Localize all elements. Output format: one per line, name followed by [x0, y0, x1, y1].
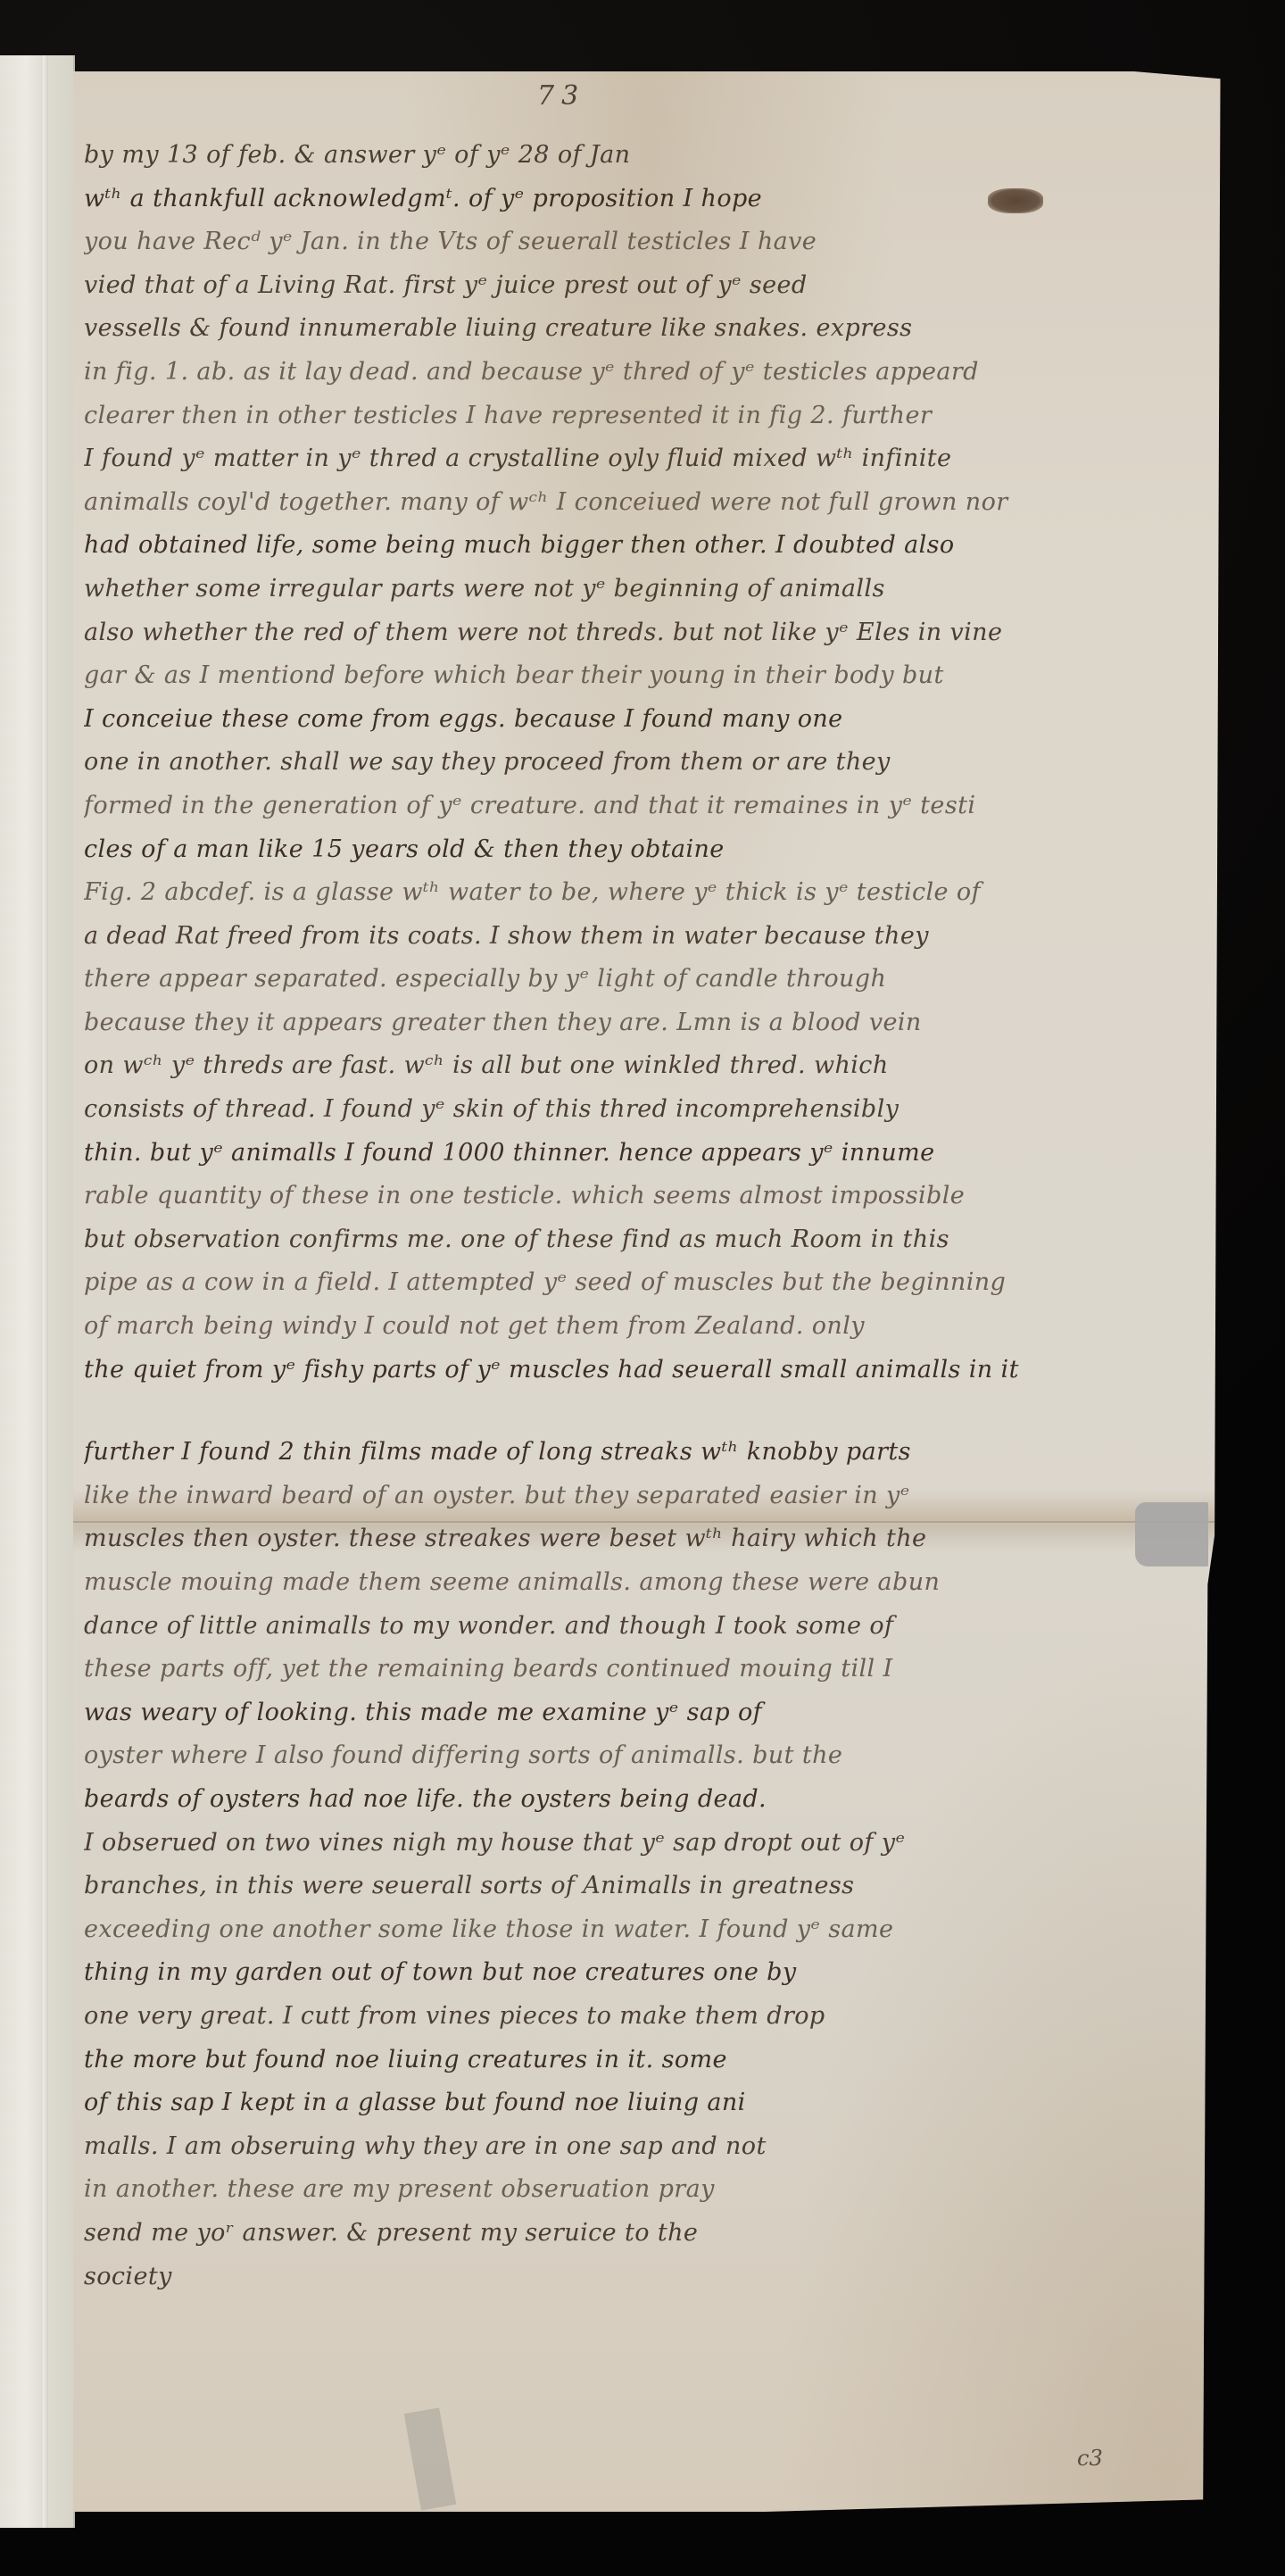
- text-line: wᵗʰ a thankfull acknowledgmᵗ. of yᵉ prop…: [84, 178, 1217, 221]
- text-line: was weary of looking. this made me exami…: [84, 1691, 1217, 1735]
- text-line: consists of thread. I found yᵉ skin of t…: [84, 1088, 1217, 1132]
- text-line: had obtained life, some being much bigge…: [84, 524, 1217, 568]
- text-line: vessells & found innumerable liuing crea…: [84, 307, 1217, 351]
- text-line: a dead Rat freed from its coats. I show …: [84, 915, 1217, 959]
- text-line: animalls coyl'd together. many of wᶜʰ I …: [84, 481, 1217, 525]
- manuscript-page: 73 by my 13 of feb. & answer yᵉ of yᵉ 28…: [73, 71, 1226, 2512]
- text-line: these parts off, yet the remaining beard…: [84, 1648, 1217, 1691]
- text-line: one in another. shall we say they procee…: [84, 741, 1217, 785]
- text-line: exceeding one another some like those in…: [84, 1908, 1217, 1952]
- text-line: one very great. I cutt from vines pieces…: [84, 1995, 1217, 2039]
- text-line: formed in the generation of yᵉ creature.…: [84, 785, 1217, 828]
- text-line: thin. but yᵉ animalls I found 1000 thinn…: [84, 1132, 1217, 1176]
- text-line: like the inward beard of an oyster. but …: [84, 1475, 1217, 1518]
- text-line: oyster where I also found differing sort…: [84, 1734, 1217, 1778]
- text-line: you have Recᵈ yᵉ Jan. in the Vts of seue…: [84, 220, 1217, 264]
- text-line: rable quantity of these in one testicle.…: [84, 1175, 1217, 1218]
- text-line: there appear separated. especially by yᵉ…: [84, 958, 1217, 1001]
- text-line: of this sap I kept in a glasse but found…: [84, 2082, 1217, 2125]
- manuscript-scan: 73 by my 13 of feb. & answer yᵉ of yᵉ 28…: [0, 0, 1285, 2576]
- text-line: muscles then oyster. these streakes were…: [84, 1517, 1217, 1561]
- text-line: pipe as a cow in a field. I attempted yᵉ…: [84, 1261, 1217, 1305]
- letter-body: by my 13 of feb. & answer yᵉ of yᵉ 28 of…: [84, 134, 1217, 2298]
- text-line: in another. these are my present obserua…: [84, 2168, 1217, 2212]
- text-line: clearer then in other testicles I have r…: [84, 395, 1217, 438]
- fold-gap: [84, 1392, 1217, 1431]
- text-line: I obserued on two vines nigh my house th…: [84, 1822, 1217, 1866]
- text-line: because they it appears greater then the…: [84, 1001, 1217, 1045]
- text-line: dance of little animalls to my wonder. a…: [84, 1605, 1217, 1649]
- text-line: also whether the red of them were not th…: [84, 611, 1217, 655]
- text-line: branches, in this were seuerall sorts of…: [84, 1865, 1217, 1908]
- text-line: Fig. 2 abcdef. is a glasse wᵗʰ water to …: [84, 871, 1217, 915]
- text-line: but observation confirms me. one of thes…: [84, 1218, 1217, 1262]
- text-line: the quiet from yᵉ fishy parts of yᵉ musc…: [84, 1349, 1217, 1392]
- water-stain: [404, 2407, 456, 2510]
- text-line: beards of oysters had noe life. the oyst…: [84, 1778, 1217, 1822]
- text-line: vied that of a Living Rat. first yᵉ juic…: [84, 264, 1217, 308]
- text-line: send me yoʳ answer. & present my seruice…: [84, 2212, 1217, 2256]
- text-line: on wᶜʰ yᵉ threds are fast. wᶜʰ is all bu…: [84, 1044, 1217, 1088]
- text-line: I found yᵉ matter in yᵉ thred a crystall…: [84, 437, 1217, 481]
- text-line: I conceiue these come from eggs. because…: [84, 698, 1217, 742]
- text-line: cles of a man like 15 years old & then t…: [84, 828, 1217, 872]
- text-line: by my 13 of feb. & answer yᵉ of yᵉ 28 of…: [84, 134, 1217, 178]
- text-line: of march being windy I could not get the…: [84, 1305, 1217, 1349]
- text-line: malls. I am obseruing why they are in on…: [84, 2125, 1217, 2169]
- page-number: 73: [537, 80, 585, 112]
- text-line: the more but found noe liuing creatures …: [84, 2039, 1217, 2082]
- corner-annotation: c3: [1077, 2446, 1103, 2471]
- text-line: thing in my garden out of town but noe c…: [84, 1951, 1217, 1995]
- text-line: society: [84, 2256, 1217, 2299]
- text-line: gar & as I mentiond before which bear th…: [84, 654, 1217, 698]
- text-line: further I found 2 thin films made of lon…: [84, 1431, 1217, 1475]
- text-line: whether some irregular parts were not yᵉ…: [84, 568, 1217, 611]
- text-line: muscle mouing made them seeme animalls. …: [84, 1561, 1217, 1605]
- binding-strip: [0, 55, 75, 2528]
- text-line: in fig. 1. ab. as it lay dead. and becau…: [84, 351, 1217, 395]
